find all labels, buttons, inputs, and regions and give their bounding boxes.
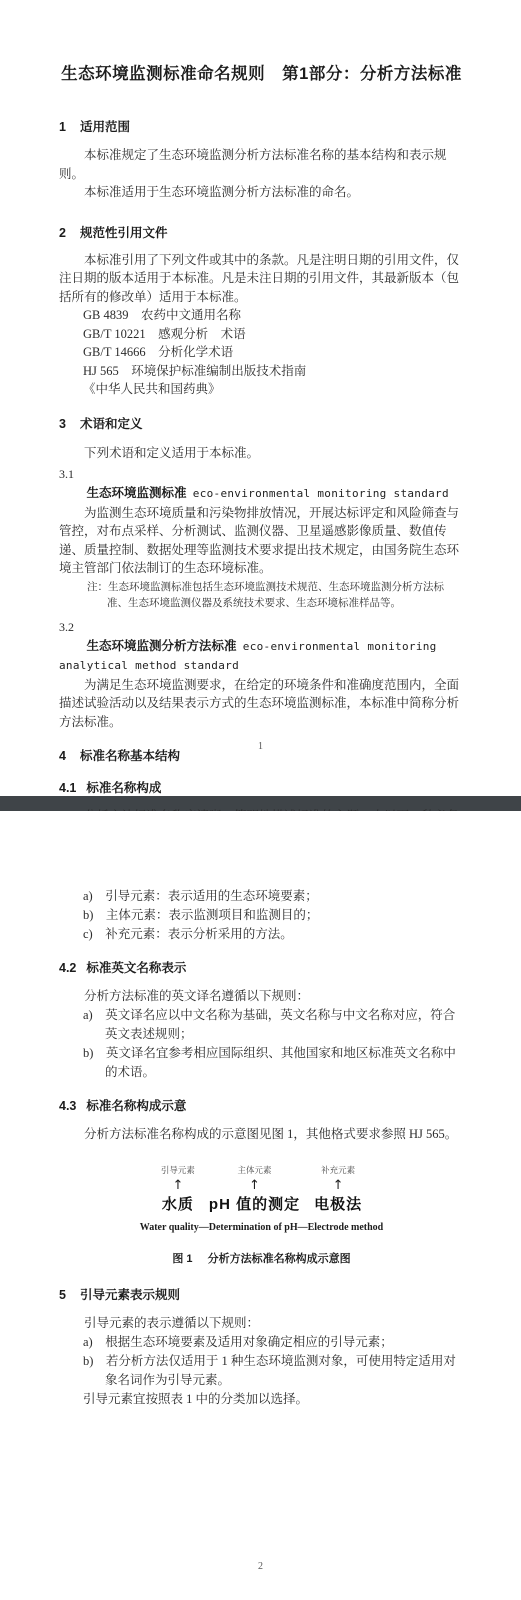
section-title: 标准名称构成示意 — [86, 1097, 186, 1115]
list-item: b) 主体元素：表示监测项目和监测目的； — [83, 906, 464, 925]
term-definition: 为监测生态环境质量和污染物排放情况，开展达标评定和风险筛查与管控，对布点采样、分… — [59, 504, 464, 578]
reference-item: HJ 565 环境保护标准编制出版技术指南 — [83, 362, 464, 381]
figure-label: 补充元素 — [321, 1165, 355, 1175]
normative-references-list: GB 4839 农药中文通用名称 GB/T 10221 感观分析 术语 GB/T… — [83, 306, 464, 399]
page-number: 1 — [0, 741, 521, 752]
section-number: 4.3 — [59, 1097, 76, 1115]
section-4-2-heading: 4.2 标准英文名称表示 — [59, 959, 464, 977]
reference-item: 《中华人民共和国药典》 — [83, 380, 464, 399]
figure-name-part: pH 值的测定 — [209, 1195, 300, 1215]
figure-column-supplementary-element: 补充元素 ↑ 电极法 — [314, 1165, 362, 1215]
section-4-1-heading: 4.1 标准名称构成 — [59, 779, 464, 797]
up-arrow-icon: ↑ — [172, 1178, 183, 1193]
paragraph: 本标准适用于生态环境监测分析方法标准的命名。 — [59, 183, 464, 202]
paragraph: 引导元素宜按照表 1 中的分类加以选择。 — [83, 1390, 464, 1409]
section-title: 标准英文名称表示 — [86, 959, 186, 977]
page-number: 2 — [0, 1561, 521, 1572]
list-item: a) 英文译名应以中文名称为基础，英文名称与中文名称对应，符合英文表述规则； — [83, 1006, 464, 1044]
term-entry: 生态环境监测标准 eco-environmental monitoring st… — [59, 484, 464, 504]
section-5-heading: 5 引导元素表示规则 — [59, 1286, 464, 1304]
figure-caption-text: 分析方法标准名称构成示意图 — [208, 1253, 351, 1265]
section-2-heading: 2 规范性引用文件 — [59, 224, 464, 242]
term-note: 注：生态环境监测标准包括生态环境监测技术规范、生态环境监测分析方法标准、生态环境… — [87, 580, 464, 613]
up-arrow-icon: ↑ — [249, 1178, 260, 1193]
standard-document: 生态环境监测标准命名规则 第1部分：分析方法标准 1 适用范围 本标准规定了生态… — [0, 0, 521, 1600]
figure-caption-number: 图 1 — [172, 1253, 192, 1265]
term-chinese: 生态环境监测标准 — [87, 486, 187, 500]
figure-name-part: 水质 — [162, 1195, 194, 1215]
section-number: 2 — [59, 224, 66, 242]
list-item: b) 若分析方法仅适用于 1 种生态环境监测对象，可使用特定适用对象名词作为引导… — [83, 1352, 464, 1390]
reference-item: GB/T 14666 分析化学术语 — [83, 343, 464, 362]
figure-label: 引导元素 — [161, 1165, 195, 1175]
section-4-3-heading: 4.3 标准名称构成示意 — [59, 1097, 464, 1115]
section-number: 5 — [59, 1286, 66, 1304]
list-item: c) 补充元素：表示分析采用的方法。 — [83, 925, 464, 944]
paragraph: 本标准规定了生态环境监测分析方法标准名称的基本结构和表示规则。 — [59, 146, 464, 183]
up-arrow-icon: ↑ — [333, 1178, 344, 1193]
paragraph: 下列术语和定义适用于本标准。 — [59, 444, 464, 463]
term-number: 3.1 — [59, 465, 464, 483]
term-entry: 生态环境监测分析方法标准 eco-environmental monitorin… — [59, 637, 464, 676]
figure-1: 引导元素 ↑ 水质 主体元素 ↑ pH 值的测定 补充元素 ↑ 电极法 Wate… — [59, 1165, 464, 1266]
section-number: 4.1 — [59, 779, 76, 797]
term-chinese: 生态环境监测分析方法标准 — [87, 639, 237, 653]
page-2: a) 引导元素：表示适用的生态环境要素； b) 主体元素：表示监测项目和监测目的… — [0, 811, 521, 1600]
reference-item: GB/T 10221 感观分析 术语 — [83, 325, 464, 344]
figure-name-part: 电极法 — [314, 1195, 362, 1215]
section-number: 1 — [59, 118, 66, 136]
term-definition: 为满足生态环境监测要求，在给定的环境条件和准确度范围内，全面描述试验活动以及结果… — [59, 676, 464, 732]
section-title: 适用范围 — [80, 118, 130, 136]
section-title: 规范性引用文件 — [80, 224, 168, 242]
figure-column-leading-element: 引导元素 ↑ 水质 — [161, 1165, 195, 1215]
figure-caption: 图 1 分析方法标准名称构成示意图 — [172, 1252, 350, 1266]
section-title: 术语和定义 — [80, 415, 143, 433]
section-title: 标准名称构成 — [86, 779, 161, 797]
term-number: 3.2 — [59, 618, 464, 636]
figure-label: 主体元素 — [237, 1165, 271, 1175]
figure-column-main-element: 主体元素 ↑ pH 值的测定 — [209, 1165, 300, 1215]
page-1: 生态环境监测标准命名规则 第1部分：分析方法标准 1 适用范围 本标准规定了生态… — [0, 0, 521, 796]
section-1-heading: 1 适用范围 — [59, 118, 464, 136]
paragraph: 引导元素的表示遵循以下规则： — [59, 1314, 464, 1333]
section-number: 4.2 — [59, 959, 76, 977]
document-title: 生态环境监测标准命名规则 第1部分：分析方法标准 — [59, 0, 464, 86]
section-3-heading: 3 术语和定义 — [59, 415, 464, 433]
section-number: 3 — [59, 415, 66, 433]
list-item: b) 英文译名宜参考相应国际组织、其他国家和地区标准英文名称中的术语。 — [83, 1044, 464, 1082]
figure-name-structure: 引导元素 ↑ 水质 主体元素 ↑ pH 值的测定 补充元素 ↑ 电极法 — [161, 1165, 362, 1215]
paragraph: 分析方法标准名称构成的示意图见图 1，其他格式要求参照 HJ 565。 — [59, 1125, 464, 1144]
term-english: eco-environmental monitoring standard — [193, 487, 449, 500]
paragraph: 本标准引用了下列文件或其中的条款。凡是注明日期的引用文件，仅注日期的版本适用于本… — [59, 251, 464, 307]
list-item: a) 根据生态环境要素及适用对象确定相应的引导元素； — [83, 1333, 464, 1352]
list-item: a) 引导元素：表示适用的生态环境要素； — [83, 887, 464, 906]
figure-english-name: Water quality—Determination of pH—Electr… — [140, 1221, 384, 1234]
section-title: 引导元素表示规则 — [80, 1286, 180, 1304]
reference-item: GB 4839 农药中文通用名称 — [83, 306, 464, 325]
paragraph: 分析方法标准的英文译名遵循以下规则： — [59, 987, 464, 1006]
